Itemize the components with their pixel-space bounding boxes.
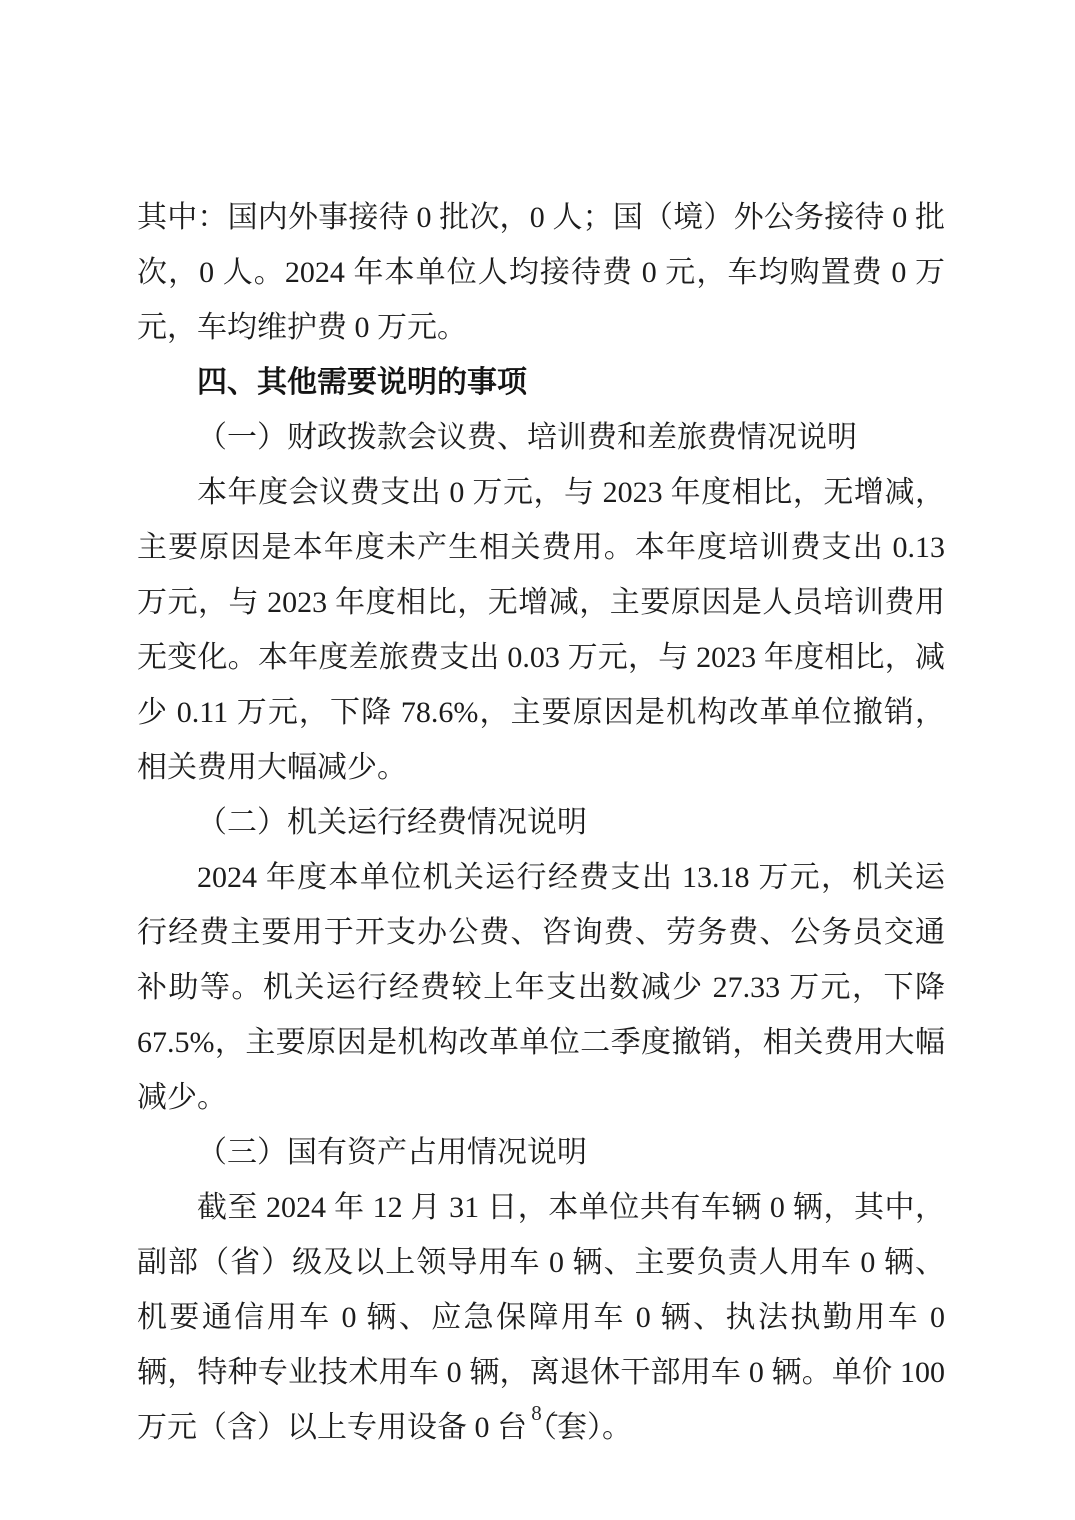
page-footer: - 8 - <box>0 1398 1075 1428</box>
subsection-heading-2: （二）机关运行经费情况说明 <box>137 795 945 850</box>
subsection-paragraph-1: 本年度会议费支出 0 万元，与 2023 年度相比，无增减，主要原因是本年度未产… <box>137 465 945 795</box>
document-page: 其中：国内外事接待 0 批次，0 人；国（境）外公务接待 0 批次，0 人。20… <box>0 0 1075 1520</box>
subsection-heading-1: （一）财政拨款会议费、培训费和差旅费情况说明 <box>137 410 945 465</box>
carryover-paragraph: 其中：国内外事接待 0 批次，0 人；国（境）外公务接待 0 批次，0 人。20… <box>137 190 945 355</box>
subsection-paragraph-2: 2024 年度本单位机关运行经费支出 13.18 万元，机关运行经费主要用于开支… <box>137 850 945 1125</box>
page-number: - 8 - <box>515 1401 560 1425</box>
section-heading: 四、其他需要说明的事项 <box>137 355 945 410</box>
subsection-heading-3: （三）国有资产占用情况说明 <box>137 1125 945 1180</box>
document-content: 其中：国内外事接待 0 批次，0 人；国（境）外公务接待 0 批次，0 人。20… <box>137 190 945 1455</box>
